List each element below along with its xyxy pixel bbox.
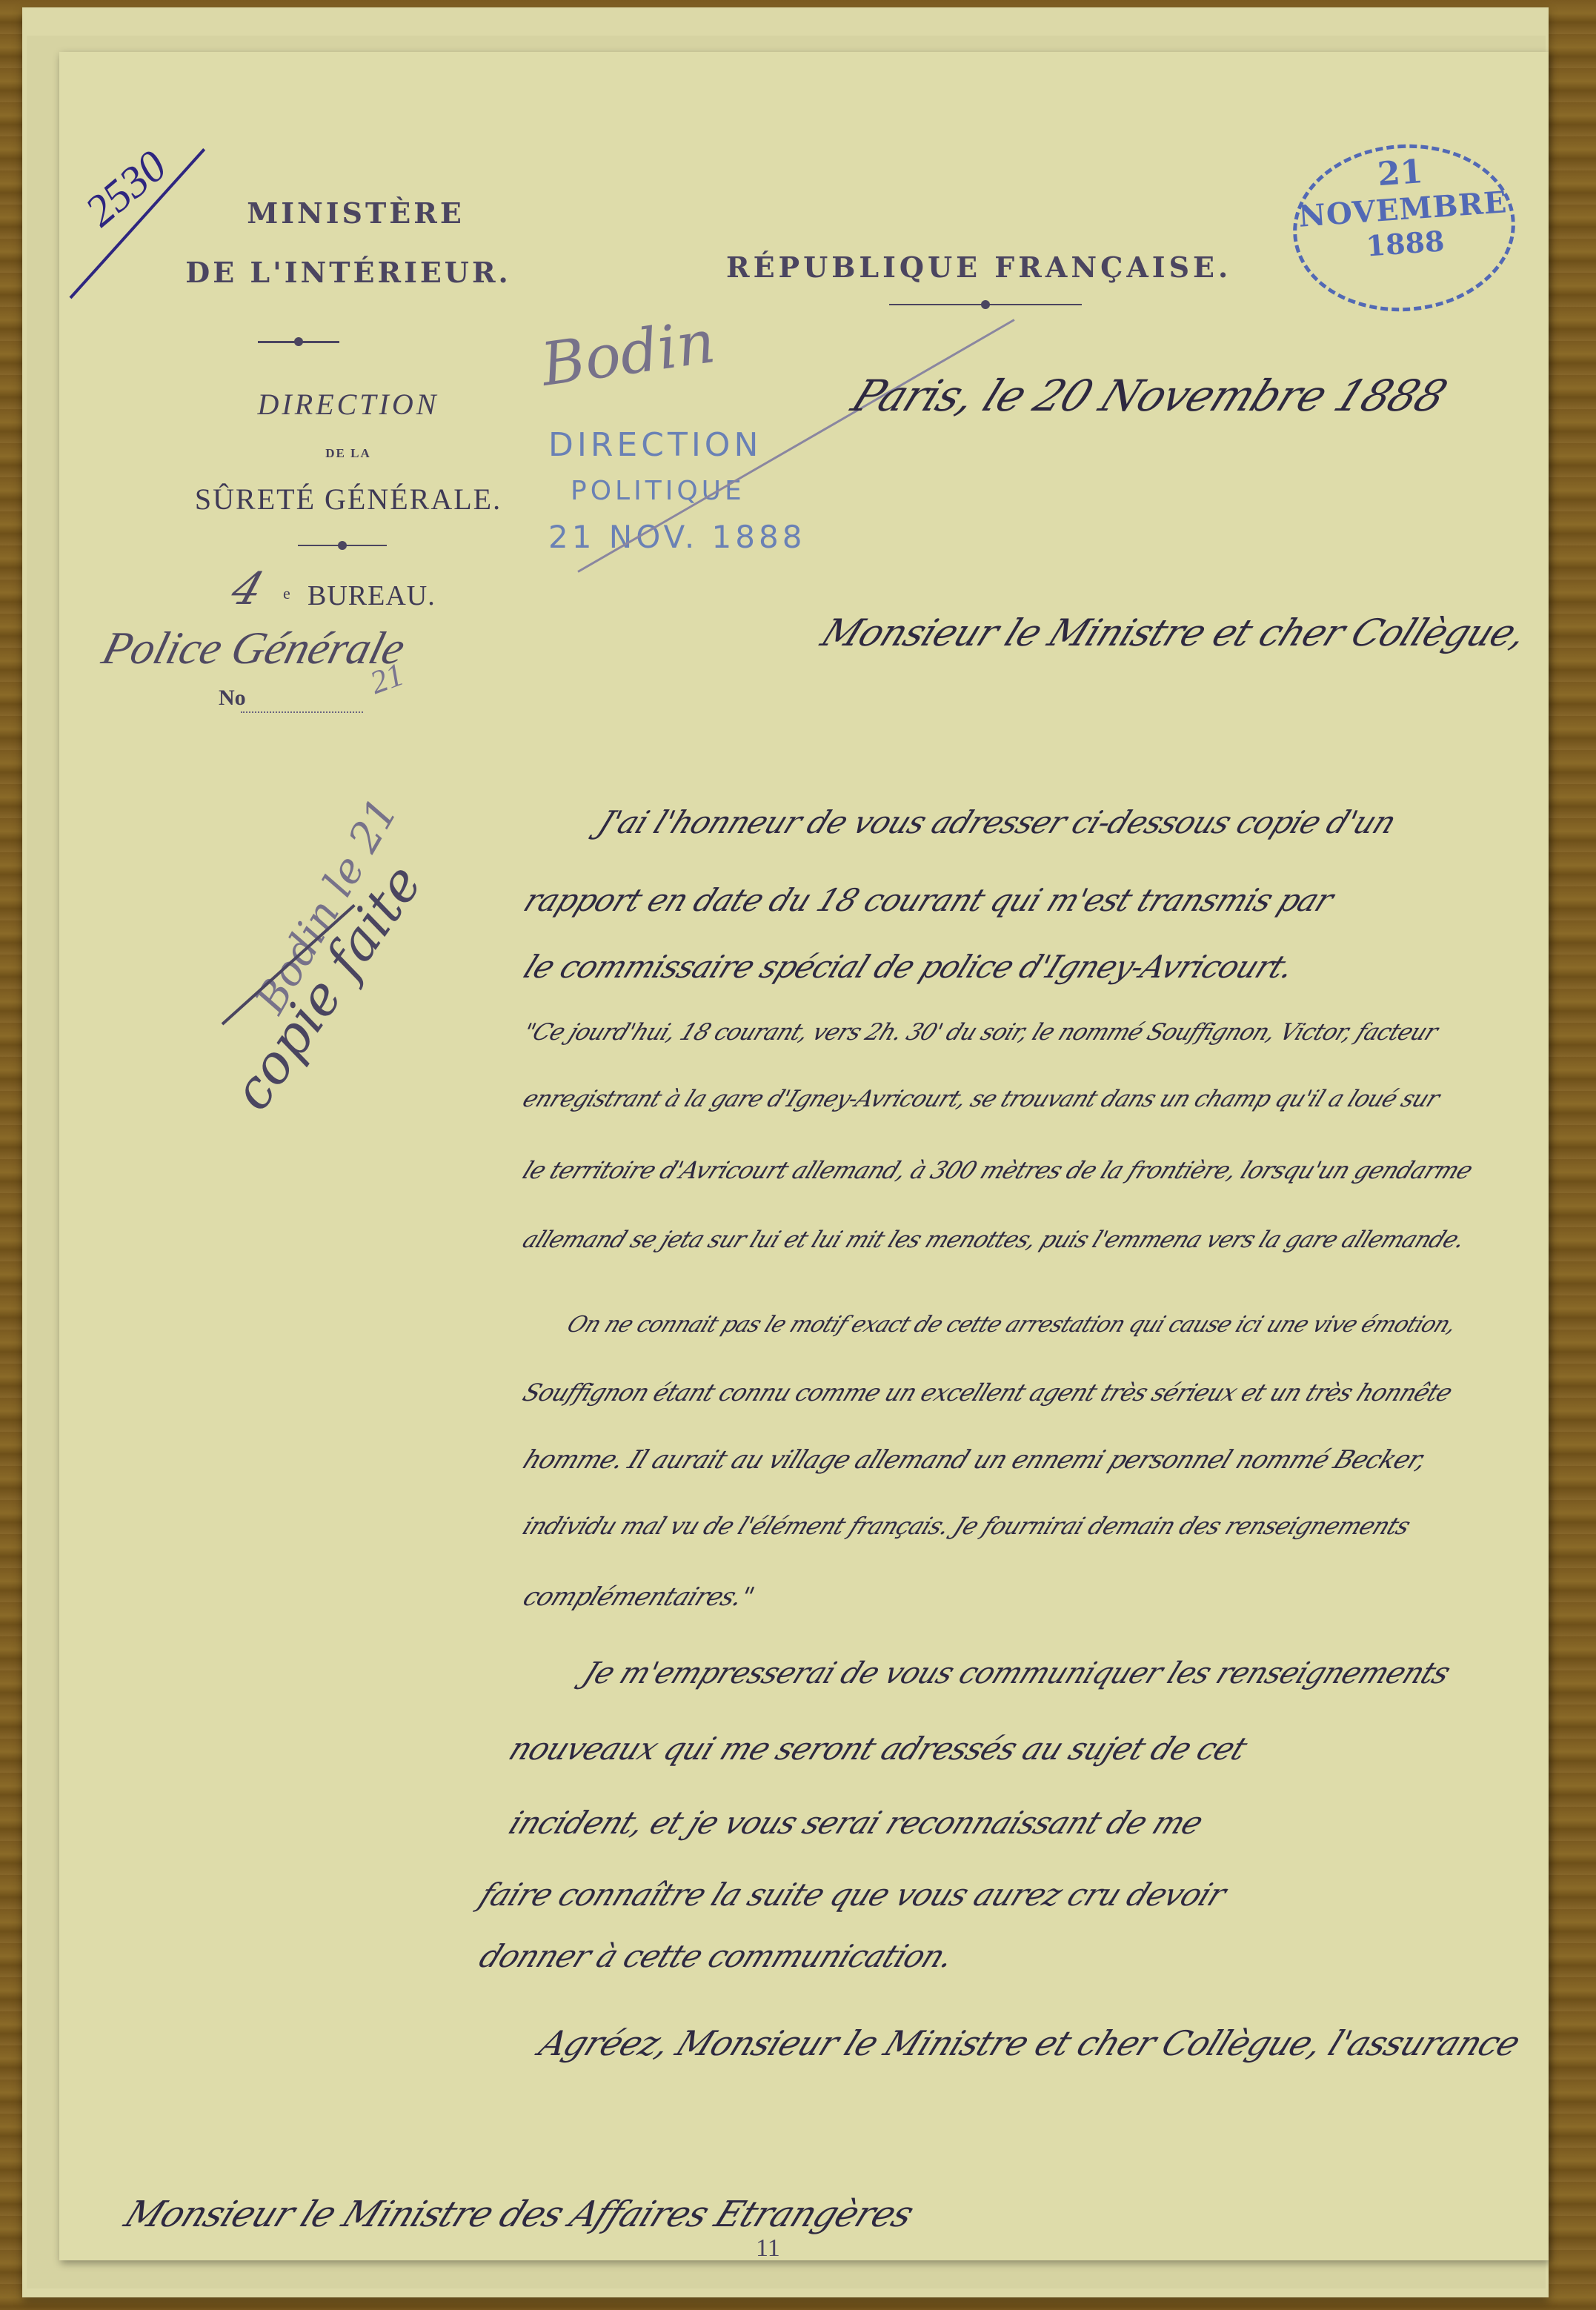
- salutation: Monsieur le Ministre et cher Collègue,: [815, 611, 1533, 654]
- ministry-line1: MINISTÈRE: [200, 196, 511, 230]
- republic-header: RÉPUBLIQUE FRANÇAISE.: [726, 250, 1231, 284]
- body-line: J'ai l'honneur de vous adresser ci-desso…: [593, 804, 1401, 840]
- de-la-label: DE LA: [304, 446, 393, 461]
- addressee: Monsieur le Ministre des Affaires Etrang…: [119, 2194, 920, 2235]
- ornament-divider-2: [298, 545, 387, 546]
- body-line: allemand se jeta sur lui et lui mit les …: [519, 1227, 1469, 1253]
- bureau-number: 4: [225, 563, 270, 615]
- body-line: faire connaître la suite que vous aurez …: [474, 1876, 1231, 1913]
- body-line: le commissaire spécial de police d'Igney…: [519, 949, 1300, 985]
- number-line: [241, 711, 363, 713]
- ministry-line2: DE L'INTÉRIEUR.: [141, 256, 556, 289]
- surete-generale-label: SÛRETÉ GÉNÉRALE.: [163, 482, 533, 517]
- reference-number: 2530: [76, 141, 176, 237]
- closing-formula: Agréez, Monsieur le Ministre et cher Col…: [533, 2023, 1526, 2063]
- body-line: Je m'empresserai de vous communiquer les…: [578, 1656, 1455, 1690]
- bureau-label: BUREAU.: [307, 580, 436, 612]
- body-line: homme. Il aurait au village allemand un …: [519, 1445, 1431, 1475]
- republic-ornament: [889, 304, 1082, 305]
- body-line: individu mal vu de l'élément français. J…: [519, 1512, 1414, 1540]
- body-line: rapport en date du 18 courant qui m'est …: [519, 882, 1338, 918]
- number-label: No: [219, 686, 246, 711]
- body-line: complémentaires.": [519, 1582, 758, 1612]
- pencil-annotation-top: Bodin: [537, 307, 719, 399]
- body-line: le territoire d'Avricourt allemand, à 30…: [519, 1156, 1477, 1184]
- body-line: nouveaux qui me seront adressés au sujet…: [504, 1730, 1252, 1767]
- body-line: On ne connait pas le motif exact de cett…: [563, 1312, 1460, 1338]
- letter-page: 2530 MINISTÈRE DE L'INTÉRIEUR. DIRECTION…: [59, 52, 1549, 2260]
- body-line: "Ce jourd'hui, 18 courant, vers 2h. 30' …: [519, 1019, 1441, 1046]
- direction-politique-stamp: DIRECTION POLITIQUE 21 NOV. 1888: [548, 422, 805, 560]
- body-line: incident, et je vous serai reconnaissant…: [504, 1805, 1208, 1841]
- body-line: enregistrant à la gare d'Igney-Avricourt…: [519, 1086, 1443, 1112]
- page-number: 11: [756, 2234, 780, 2263]
- direction-label: DIRECTION: [193, 387, 504, 422]
- body-line: Souffignon étant connu comme un excellen…: [519, 1378, 1457, 1407]
- stamp-line3: 21 NOV. 1888: [548, 514, 805, 560]
- service-name: Police Générale: [96, 623, 410, 675]
- body-line: donner à cette communication.: [474, 1938, 960, 1974]
- dateline: Paris, le 20 Novembre 1888: [845, 371, 1454, 421]
- bureau-suffix: e: [283, 584, 290, 603]
- ornament-divider: [258, 341, 339, 343]
- received-date-stamp: 21 NOVEMBRE 1888: [1288, 137, 1521, 319]
- stamp-line2: POLITIQUE: [548, 468, 805, 514]
